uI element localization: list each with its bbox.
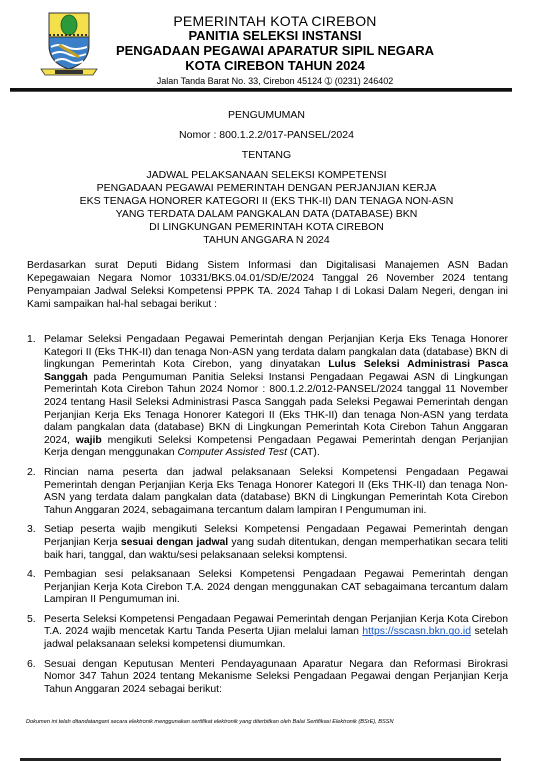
item-bold-text: sesuai dengan jadwal xyxy=(121,537,228,548)
letterhead-divider xyxy=(10,88,512,92)
list-item: 5. Peserta Seleksi Kompetensi Pengadaan … xyxy=(27,614,508,652)
announcement-subject-line: EKS TENAGA HONORER KATEGORI II (EKS THK-… xyxy=(60,195,473,208)
announcement-subject-line: YANG TERDATA DALAM PANGKALAN DATA (DATAB… xyxy=(60,208,473,221)
announcement-subject-line: PENGADAAN PEGAWAI PEMERINTAH DENGAN PERJ… xyxy=(60,182,473,195)
announcement-subject-line: JADWAL PELAKSANAAN SELEKSI KOMPETENSI xyxy=(60,169,473,182)
item-text: Sesuai dengan Keputusan Menteri Pendayag… xyxy=(44,659,508,695)
letterhead-government: PEMERINTAH KOTA CIREBON xyxy=(110,13,440,29)
item-bold-text: wajib xyxy=(76,435,102,446)
e-signature-note: Dokumen ini telah ditandatangani secara … xyxy=(26,719,506,725)
announcement-subject-line: DI LINGKUNGAN PEMERINTAH KOTA CIREBON xyxy=(60,221,473,234)
letterhead-city-year: KOTA CIREBON TAHUN 2024 xyxy=(110,59,440,74)
item-text: Pembagian sesi pelaksanaan Seleksi Kompe… xyxy=(44,569,508,605)
kota-cirebon-coat-of-arms-icon xyxy=(37,11,101,77)
item-number: 1. xyxy=(27,334,36,347)
list-item: 1. Pelamar Seleksi Pengadaan Pegawai Pem… xyxy=(27,334,508,460)
list-item: 3. Setiap peserta wajib mengikuti Seleks… xyxy=(27,524,508,562)
announcement-items: 1. Pelamar Seleksi Pengadaan Pegawai Pem… xyxy=(27,334,508,703)
letterhead-procurement: PENGADAAN PEGAWAI APARATUR SIPIL NEGARA xyxy=(110,44,440,59)
city-logo xyxy=(37,11,101,77)
item-number: 4. xyxy=(27,569,36,582)
item-number: 6. xyxy=(27,659,36,672)
list-item: 2. Rincian nama peserta dan jadwal pelak… xyxy=(27,467,508,517)
item-number: 5. xyxy=(27,614,36,627)
letterhead-committee: PANITIA SELEKSI INSTANSI xyxy=(110,29,440,44)
item-text: Rincian nama peserta dan jadwal pelaksan… xyxy=(44,467,508,516)
announcement-about-label: TENTANG xyxy=(60,149,473,162)
list-item: 6. Sesuai dengan Keputusan Menteri Penda… xyxy=(27,659,508,697)
item-italic-text: Computer Assisted Test xyxy=(177,447,287,458)
list-item: 4. Pembagian sesi pelaksanaan Seleksi Ko… xyxy=(27,569,508,607)
letterhead-address: Jalan Tanda Barat No. 33, Cirebon 45124 … xyxy=(110,76,440,86)
announcement-heading: PENGUMUMAN Nomor : 800.1.2.2/017-PANSEL/… xyxy=(60,109,473,247)
intro-paragraph: Berdasarkan surat Deputi Bidang Sistem I… xyxy=(27,259,508,311)
item-number: 2. xyxy=(27,467,36,480)
sscasn-link[interactable]: https://sscasn.bkn.go.id xyxy=(362,626,471,637)
item-number: 3. xyxy=(27,524,36,537)
announcement-title: PENGUMUMAN xyxy=(60,109,473,122)
letterhead: PEMERINTAH KOTA CIREBON PANITIA SELEKSI … xyxy=(110,13,440,86)
announcement-number: Nomor : 800.1.2.2/017-PANSEL/2024 xyxy=(60,129,473,142)
item-text: (CAT). xyxy=(287,447,320,458)
announcement-subject-line: TAHUN ANGGARA N 2024 xyxy=(60,234,473,247)
